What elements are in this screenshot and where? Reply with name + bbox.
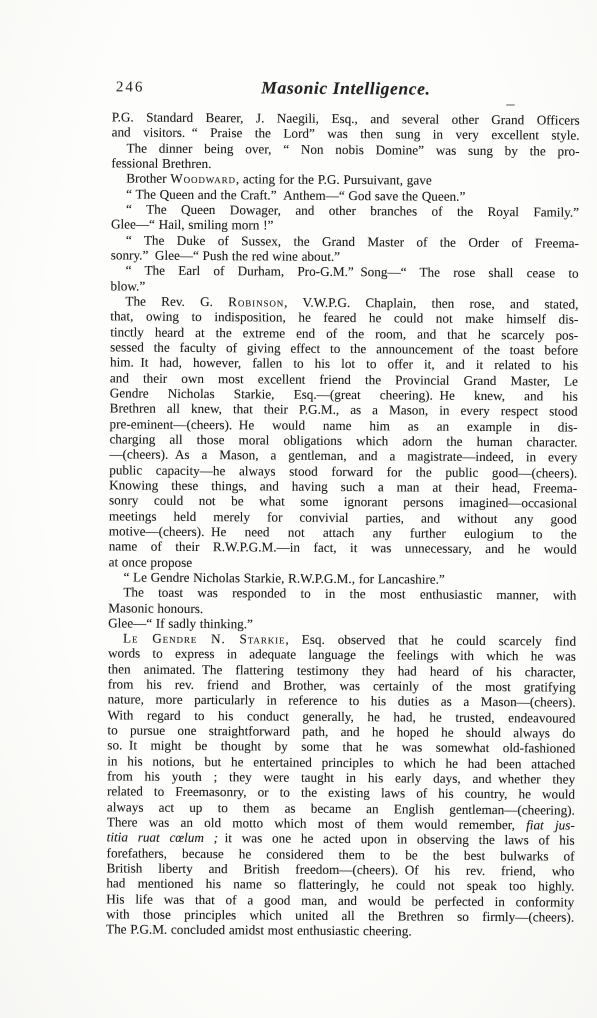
scanned-page: 246 Masonic Intelligence. P.G. Standard … xyxy=(0,0,597,1018)
text-run: “ Le Gendre Nicholas Starkie, R.W.P.G.M.… xyxy=(123,569,444,586)
italic-phrase: fiat jus- xyxy=(526,817,575,832)
text-run: Glee—“ If sadly thinking.” xyxy=(108,615,253,631)
small-caps-name: Robinson xyxy=(228,294,284,309)
text-line: The P.G.M. concluded amidst most enthusi… xyxy=(106,922,574,941)
text-run: Glee—“ Hail, smiling morn !” xyxy=(111,217,273,233)
italic-phrase: titia ruat cœlum ; xyxy=(107,830,218,846)
text-run: blow.” xyxy=(110,278,145,293)
running-title: Masonic Intelligence. xyxy=(112,76,580,100)
text-run: fessional Brethren. xyxy=(111,155,211,171)
text-line: “ The Earl of Durham, Pro-G.M.” Song—“ T… xyxy=(111,263,579,282)
text-run: The Rev. G. xyxy=(125,293,228,309)
text-run: The P.G.M. concluded amidst most enthusi… xyxy=(106,922,412,939)
page-content: 246 Masonic Intelligence. P.G. Standard … xyxy=(106,76,580,940)
text-run: at once propose xyxy=(109,554,193,570)
text-run: Brother xyxy=(126,171,170,186)
text-run: “ The Earl of Durham, Pro-G.M.” Song—“ T… xyxy=(126,263,579,281)
text-run: sonry.” Glee—“ Push the red wine about.” xyxy=(111,247,340,264)
body-text: P.G. Standard Bearer, J. Naegili, Esq., … xyxy=(106,109,580,940)
page-header: 246 Masonic Intelligence. xyxy=(112,76,580,101)
text-run: , V.W.P.G. Chaplain, then rose, and stat… xyxy=(284,295,578,312)
text-run: , Esq. observed that he could scarcely f… xyxy=(285,632,576,649)
small-caps-name: Woodward xyxy=(170,171,236,186)
text-run: Masonic honours. xyxy=(108,600,203,616)
text-run: , acting for the P.G. Pursuivant, gave xyxy=(236,172,432,188)
small-caps-name: Le Gendre N. Starkie xyxy=(123,631,285,647)
page-number: 246 xyxy=(116,79,145,96)
